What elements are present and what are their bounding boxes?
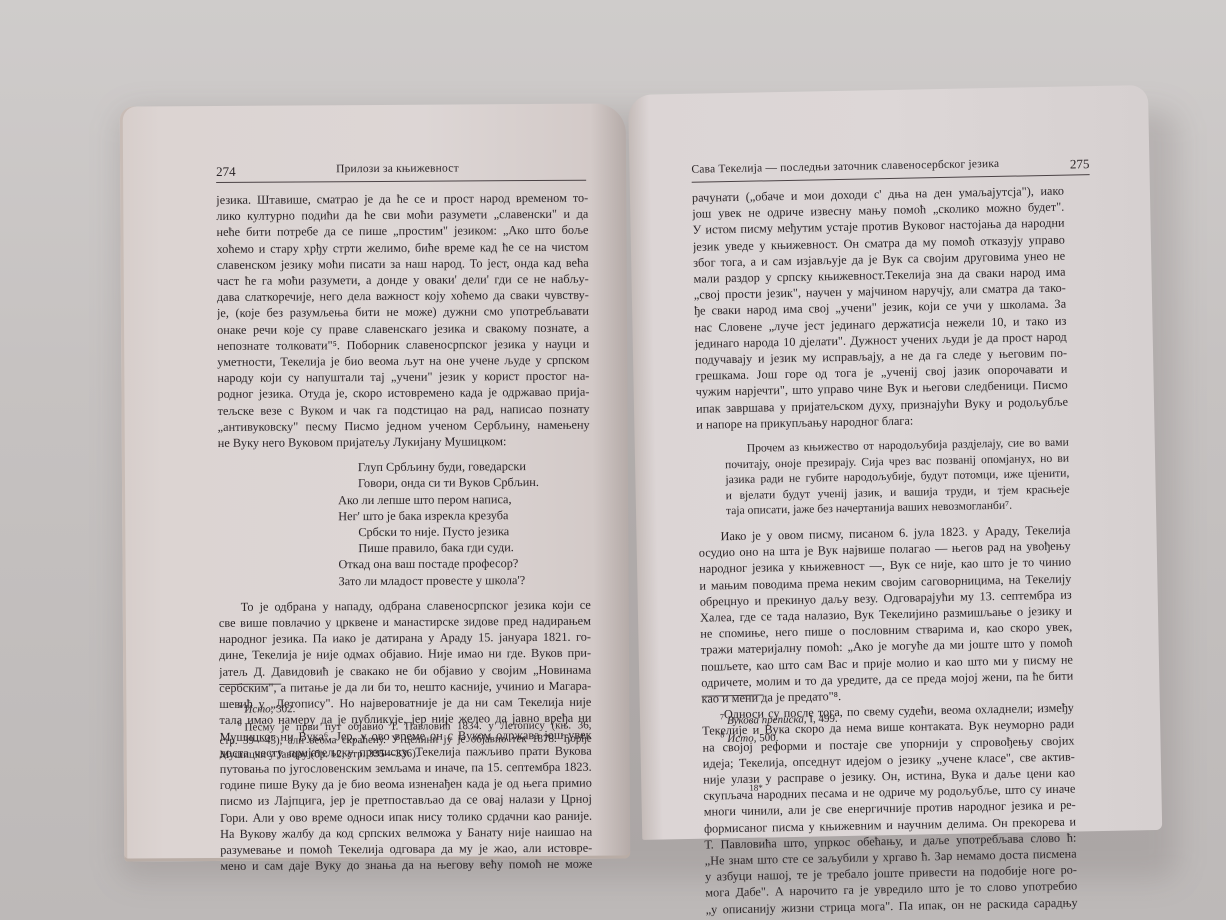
left-body-text: језика. Штавише, сматрао је да ће се и п…	[216, 190, 592, 875]
poem-line: Глуп Србљину буди, говедарски	[338, 458, 590, 476]
text-line: родног језика. Отуда је, скоро истовреме…	[217, 384, 589, 402]
page-number: 275	[1070, 156, 1090, 172]
poem-line: Србски то није. Пусто језика	[338, 523, 590, 541]
poem-line: Говори, онда си ти Вуков Србљин.	[338, 474, 590, 492]
text-line: неће бити потребе да се пише „простим" ј…	[216, 222, 588, 240]
text-line: је, (које без разумљења бити не може) ду…	[217, 303, 589, 321]
text-line: Гори. Али у ово време односи ипак нису т…	[220, 807, 592, 825]
running-head-title: Прилози за књижевност	[336, 162, 459, 175]
running-head-title: Сава Текелија — последњи заточник славен…	[691, 158, 999, 176]
right-body-text: рачунати („обаче и мои доходи с' дња на …	[692, 183, 1078, 918]
footnote-6-cont: Мушицки у Јавору (бр. 12, стр. 335—336).	[220, 746, 592, 762]
page-number: 274	[216, 164, 236, 180]
footnote-6: 6Песму је први пут објавио Т. Павловић 1…	[219, 715, 591, 735]
poem-line: Нег' што је бака изрекла крезуба	[338, 507, 590, 525]
poem-block: Глуп Србљину буди, говедарски Говори, он…	[218, 458, 591, 590]
running-head-right: Сава Текелија — последњи заточник славен…	[691, 156, 1089, 183]
text-line: дине, Текелија је није одмах објавио. Ни…	[219, 645, 591, 663]
right-page: Сава Текелија — последњи заточник славен…	[628, 85, 1162, 840]
poem-line: Ако ли лепше што пером написа,	[338, 490, 590, 508]
text-line: хоћемо и стару хрђу стрти желимо, биће в…	[217, 238, 589, 256]
text-line: „антивуковску" песму Писмо једном ученом…	[218, 417, 590, 435]
left-footnotes: 5Исто, 302. 6Песму је први пут објавио Т…	[219, 682, 591, 763]
left-page: 274 Прилози за књижевност језика. Штавиш…	[120, 103, 631, 861]
text-line: мено и сам даје Вуку до знања да на њего…	[220, 856, 592, 874]
footnote-rule	[702, 695, 764, 697]
running-head-left: 274 Прилози за књижевност	[216, 162, 586, 183]
footnote-rule	[219, 684, 281, 685]
footnote-5: 5Исто, 302.	[219, 697, 591, 717]
poem-line: Пише правило, бака гди суди.	[338, 539, 590, 557]
quote-block: Прочем аз књижество от народољубија разд…	[697, 435, 1070, 520]
printer-signature-mark: 18*	[749, 783, 763, 793]
right-footnotes: 7Вукова преписка, I, 499. 8Исто, 500.	[702, 689, 1075, 747]
poem-line: Откад она ваш постаде професор?	[338, 555, 590, 573]
text-line: писмо из Лајпцига, јер је претпостављао …	[220, 791, 592, 809]
poem-line: Зато ли младост провесте у школа'?	[339, 571, 591, 589]
footnote-6-cont: стр. 39—43), али веома скраћену. У целин…	[220, 733, 592, 749]
